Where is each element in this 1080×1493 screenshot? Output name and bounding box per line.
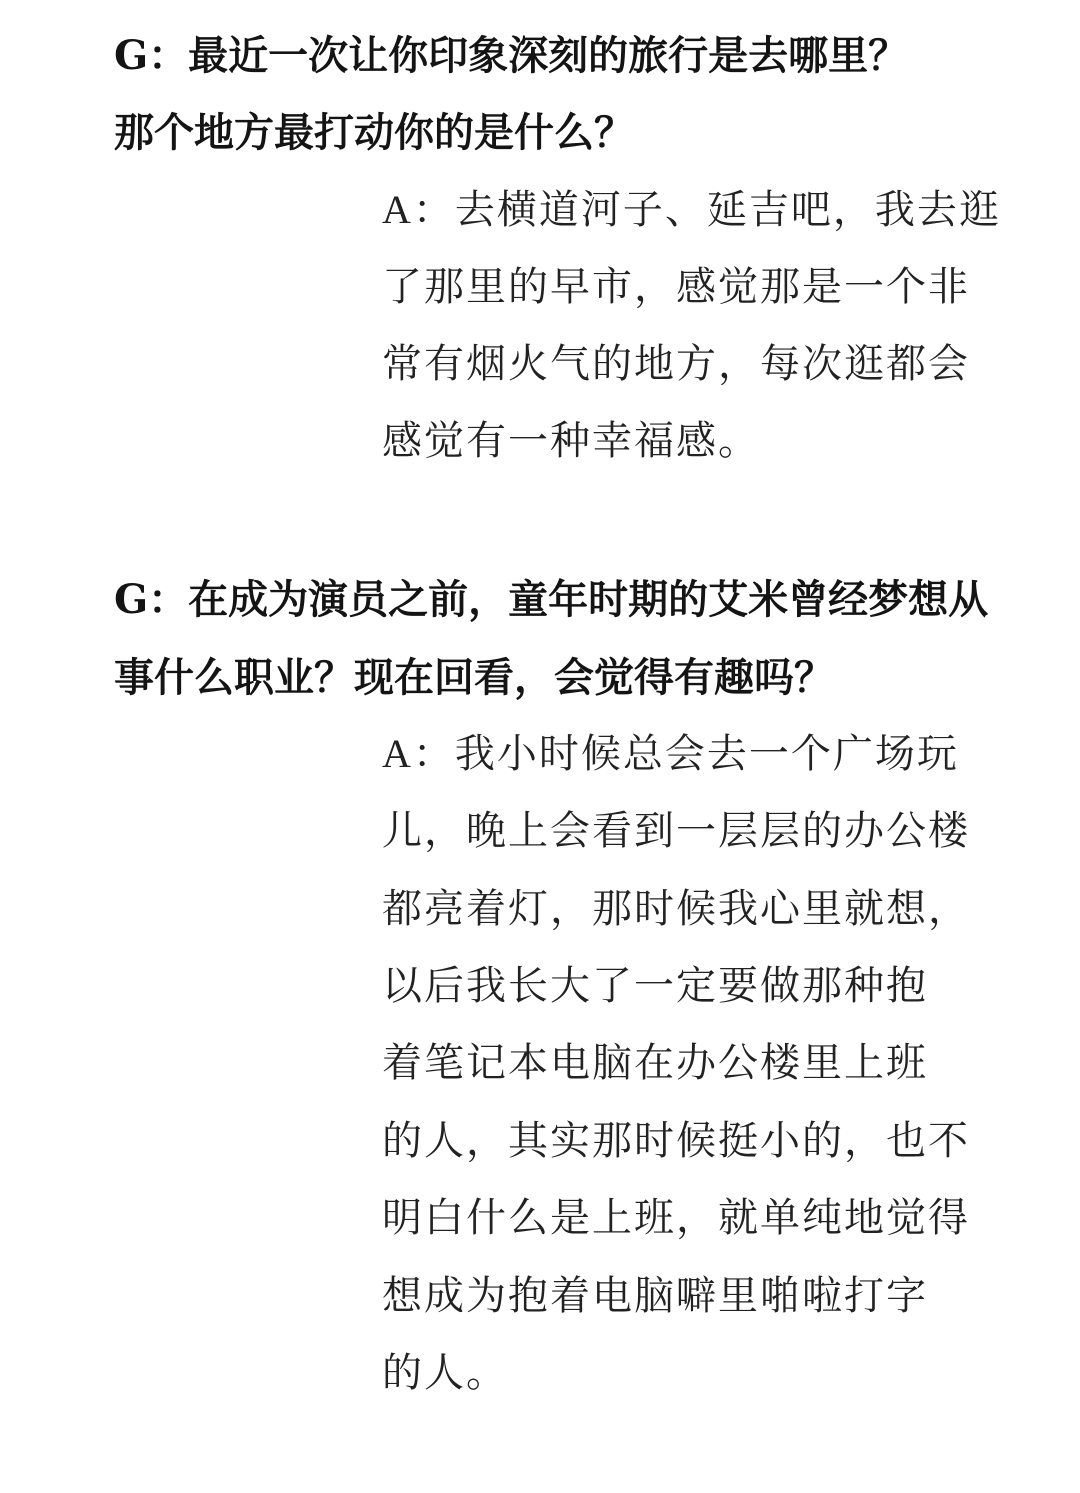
answer-line: 明白什么是上班，就单纯地觉得 bbox=[382, 1198, 970, 1238]
question-line: G：在成为演员之前，童年时期的艾米曾经梦想从 bbox=[114, 580, 988, 620]
answer-line: 都亮着灯，那时候我心里就想， bbox=[382, 889, 970, 929]
answer-line: 的人。 bbox=[382, 1353, 508, 1393]
answer-line: 常有烟火气的地方，每次逛都会 bbox=[382, 344, 970, 384]
answer-line: 着笔记本电脑在办公楼里上班 bbox=[382, 1043, 928, 1083]
answer-line: 以后我长大了一定要做那种抱 bbox=[382, 966, 928, 1006]
answer-line: 想成为抱着电脑噼里啪啦打字 bbox=[382, 1276, 928, 1316]
answer-line: 了那里的早市，感觉那是一个非 bbox=[382, 267, 970, 307]
answer-line: A：我小时候总会去一个广场玩 bbox=[382, 734, 959, 774]
answer-line: 儿，晚上会看到一层层的办公楼 bbox=[382, 811, 970, 851]
question-line: 事什么职业？现在回看，会觉得有趣吗？ bbox=[114, 658, 834, 698]
question-line: 那个地方最打动你的是什么？ bbox=[114, 113, 634, 153]
answer-line: 感觉有一种幸福感。 bbox=[382, 421, 760, 461]
answer-line: 的人，其实那时候挺小的，也不 bbox=[382, 1121, 970, 1161]
answer-line: A：去横道河子、延吉吧，我去逛 bbox=[382, 190, 1001, 230]
question-line: G：最近一次让你印象深刻的旅行是去哪里？ bbox=[114, 36, 908, 76]
